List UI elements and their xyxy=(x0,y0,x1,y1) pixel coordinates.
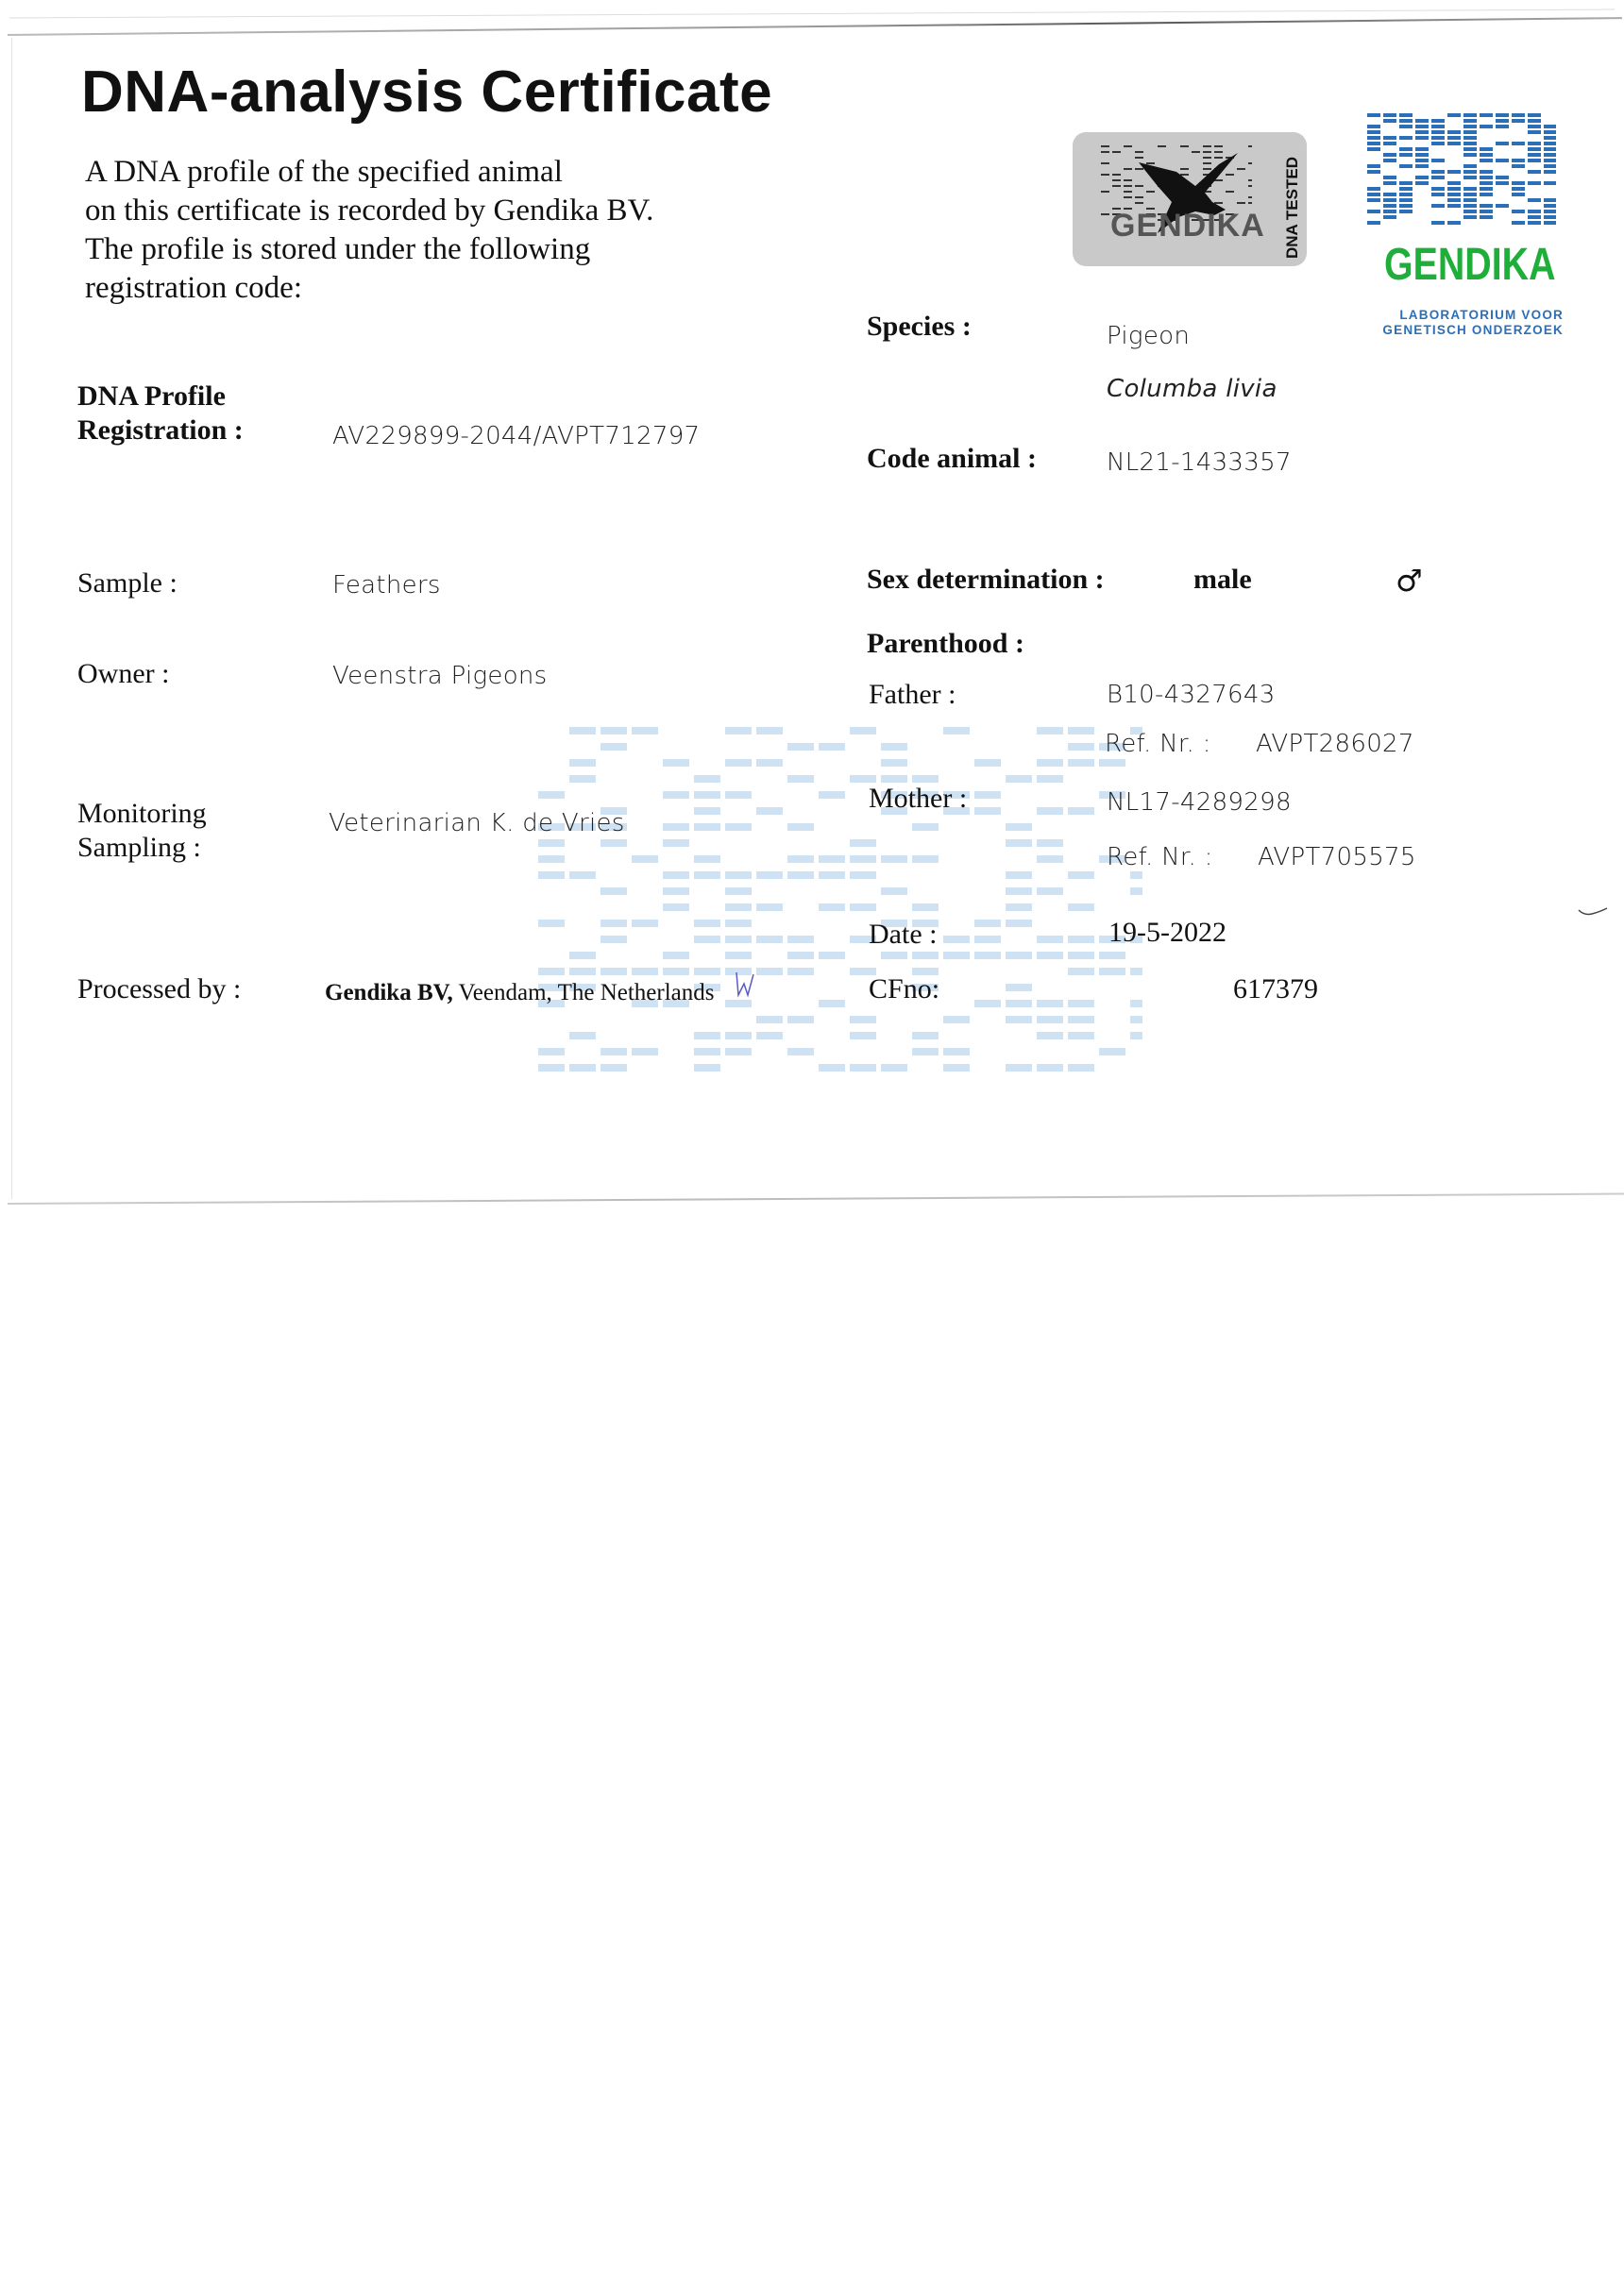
mother-value: NL17-4289298 xyxy=(1107,787,1292,818)
gendika-logo: GENDIKA LABORATORIUM VOOR GENETISCH ONDE… xyxy=(1367,113,1556,338)
species-common-value: Pigeon xyxy=(1107,321,1190,351)
cfno-value: 617379 xyxy=(1233,972,1318,1006)
logo-name: GENDIKA xyxy=(1384,239,1539,291)
code-animal-label: Code animal : xyxy=(867,442,1037,476)
paper-edge-left xyxy=(11,38,12,1199)
processed-by-company: Gendika BV, xyxy=(325,980,453,1005)
registration-label-line2: Registration : xyxy=(77,414,244,447)
dna-tested-badge: GENDIKA DNA TESTED xyxy=(1073,132,1307,266)
processed-by-label: Processed by : xyxy=(77,972,241,1006)
species-label: Species : xyxy=(867,310,972,344)
pen-mark-icon xyxy=(733,971,757,999)
monitoring-label-line2: Sampling : xyxy=(77,831,201,865)
badge-tested-label: DNA TESTED xyxy=(1283,146,1302,266)
mother-ref-label: Ref. Nr. : xyxy=(1107,842,1213,872)
paper-fold-mark-icon xyxy=(1575,897,1613,925)
paper-edge-top-faint xyxy=(9,9,1615,19)
processed-by-value: Gendika BV, Veendam, The Netherlands xyxy=(325,976,715,1010)
paper-edge-bottom xyxy=(8,1193,1624,1205)
dna-watermark-icon xyxy=(538,727,1142,1086)
father-label: Father : xyxy=(869,678,956,712)
male-symbol-icon: ♂ xyxy=(1396,563,1423,599)
gendika-logo-dna-icon xyxy=(1367,113,1556,227)
cfno-label: CFno: xyxy=(869,972,939,1006)
registration-value: AV229899-2044/AVPT712797 xyxy=(332,421,700,451)
owner-label: Owner : xyxy=(77,657,169,691)
mother-label: Mother : xyxy=(869,782,967,816)
mother-ref-value: AVPT705575 xyxy=(1258,842,1416,872)
intro-text: A DNA profile of the specified animal on… xyxy=(85,153,746,308)
intro-line: A DNA profile of the specified animal xyxy=(85,153,746,192)
father-ref-value: AVPT286027 xyxy=(1256,729,1414,759)
sample-label: Sample : xyxy=(77,566,178,600)
monitoring-value: Veterinarian K. de Vries xyxy=(329,808,625,838)
date-value: 19-5-2022 xyxy=(1108,916,1226,950)
intro-line: on this certificate is recorded by Gendi… xyxy=(85,192,746,230)
owner-value: Veenstra Pigeons xyxy=(332,661,548,691)
species-latin-value: Columba livia xyxy=(1107,374,1277,404)
intro-line: registration code: xyxy=(85,269,746,308)
sex-value: male xyxy=(1193,563,1252,597)
document-title: DNA-analysis Certificate xyxy=(81,59,772,126)
badge-name: GENDIKA xyxy=(1110,208,1265,245)
intro-line: The profile is stored under the followin… xyxy=(85,230,746,269)
sex-label: Sex determination : xyxy=(867,563,1105,597)
sample-value: Feathers xyxy=(332,570,441,600)
processed-by-location: Veendam, The Netherlands xyxy=(453,980,715,1005)
paper-edge-top xyxy=(8,17,1622,36)
date-label: Date : xyxy=(869,918,937,952)
parenthood-label: Parenthood : xyxy=(867,627,1024,661)
father-value: B10-4327643 xyxy=(1107,680,1276,710)
logo-subtitle-line: GENETISCH ONDERZOEK xyxy=(1367,323,1564,338)
logo-subtitle-line: LABORATORIUM VOOR xyxy=(1367,308,1564,323)
father-ref-label: Ref. Nr. : xyxy=(1105,729,1211,759)
monitoring-label-line1: Monitoring xyxy=(77,797,207,831)
logo-subtitle: LABORATORIUM VOOR GENETISCH ONDERZOEK xyxy=(1367,308,1564,338)
code-animal-value: NL21-1433357 xyxy=(1107,447,1292,478)
registration-label-line1: DNA Profile xyxy=(77,380,226,414)
